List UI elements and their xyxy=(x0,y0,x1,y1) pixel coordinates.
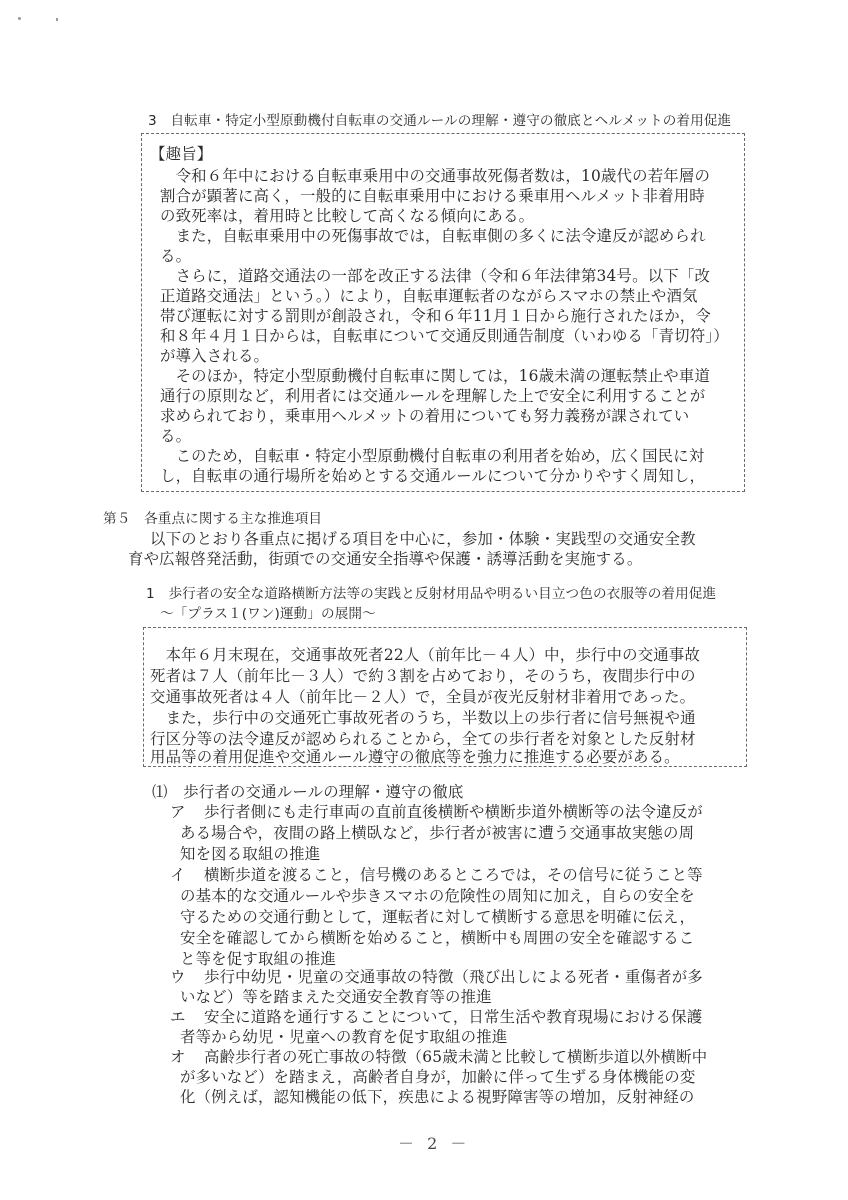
item-line: が多いなど）を踏まえ，高齢者自身が，加齢に伴って生ずる身体機能の変 xyxy=(180,1067,695,1088)
item-line: 歩行者側にも走行車両の直前直後横断や横断歩道外横断等の法令違反が xyxy=(204,802,703,823)
status-line: 用品等の着用促進や交通ルール遵守の徹底等を強力に推進する必要がある。 xyxy=(150,747,680,768)
item-line: 歩行中幼児・児童の交通事故の特徴（飛び出しによる死者・重傷者が多 xyxy=(204,967,703,988)
scan-speck xyxy=(56,18,58,21)
purpose-line: 正道路交通法」という。）により，自転車運転者のながらスマホの禁止や酒気 xyxy=(160,286,698,307)
purpose-line: る。 xyxy=(160,246,191,267)
item-line: 横断歩道を渡ること，信号機のあるところでは，その信号に従うこと等 xyxy=(204,865,703,886)
purpose-line: 求められており，乗車用ヘルメットの着用についても努力義務が課されてい xyxy=(160,406,689,427)
purpose-line: 通行の原則など，利用者には交通ルールを理解した上で安全に利用することが xyxy=(160,386,705,407)
item-line: 安全を確認してから横断を始めること，横断中も周囲の安全を確認するこ xyxy=(180,928,695,949)
item-line: ある場合や，夜間の路上横臥など，歩行者が被害に遭う交通事故実態の周 xyxy=(180,823,694,844)
purpose-line: 割合が顕著に高く，一般的に自転車乗用中における乗車用ヘルメット非着用時 xyxy=(160,186,705,207)
status-line: 死者は７人（前年比－３人）で約３割を占めており，そのうち，夜間歩行中の xyxy=(150,666,696,687)
subsection-1-heading: ⑴ 歩行者の交通ルールの理解・遵守の徹底 xyxy=(152,782,464,803)
purpose-line: そのほか，特定小型原動機付自転車に関しては，16歳未満の運転禁止や車道 xyxy=(160,366,710,387)
item-line: 者等から幼児・児童への教育を促す取組の推進 xyxy=(180,1027,507,1048)
page-number: － 2 － xyxy=(398,1131,470,1154)
purpose-line: また，自転車乗用中の死傷事故では，自転車側の多くに法令違反が認められ xyxy=(160,226,706,247)
item-line: 守るための交通行動として，運転者に対して横断する意思を明確に伝え， xyxy=(180,907,695,928)
purpose-line: 令和６年中における自転車乗用中の交通事故死傷者数は，10歳代の若年層の xyxy=(160,166,710,187)
purpose-line: の致死率は，着用時と比較して高くなる傾向にある。 xyxy=(160,206,534,227)
item-line: 高齢歩行者の死亡事故の特徴（65歳未満と比較して横断歩道以外横断中 xyxy=(204,1047,707,1068)
item-line: 安全に道路を通行することについて，日常生活や教育現場における保護 xyxy=(204,1007,702,1028)
item-marker: イ xyxy=(170,865,186,886)
item-line: の基本的な交通ルールや歩きスマホの危険性の周知に加え，自らの安全を xyxy=(180,886,695,907)
purpose-line: が導入される。 xyxy=(160,346,269,367)
status-line: 交通事故死者は４人（前年比－２人）で，全員が夜光反射材非着用であった。 xyxy=(150,687,695,708)
chapter-5-heading: 第５ 各重点に関する主な推進項目 xyxy=(103,509,322,530)
item-marker: ア xyxy=(170,802,186,823)
scan-speck xyxy=(18,17,21,20)
document-page: 3 自転車・特定小型原動機付自転車の交通ルールの理解・遵守の徹底とヘルメットの着… xyxy=(0,0,848,1200)
item-1-heading: 1 歩行者の安全な道路横断方法等の実践と反射材用品や明るい目立つ色の衣服等の着用… xyxy=(146,584,716,605)
chapter-5-intro: 育や広報啓発活動，街頭での交通安全指導や保護・誘導活動を実施する。 xyxy=(128,549,643,570)
chapter-5-intro: 以下のとおり各重点に掲げる項目を中心に，参加・体験・実践型の交通安全教 xyxy=(150,529,696,550)
section-3-heading: 3 自転車・特定小型原動機付自転車の交通ルールの理解・遵守の徹底とヘルメットの着… xyxy=(148,111,731,132)
item-marker: オ xyxy=(170,1047,186,1068)
purpose-label: 【趣旨】 xyxy=(150,144,212,165)
status-line: 本年６月末現在，交通事故死者22人（前年比－４人）中，歩行中の交通事故 xyxy=(150,645,700,666)
purpose-line: 和８年４月１日からは，自転車について交通反則通告制度（いわゆる「青切符」） xyxy=(160,326,729,347)
item-marker: エ xyxy=(170,1007,186,1028)
purpose-line: 帯び運転に対する罰則が創設され，令和６年11月１日から施行されたほか，令 xyxy=(160,306,711,327)
purpose-line: このため，自転車・特定小型原動機付自転車の利用者を始め，広く国民に対 xyxy=(160,446,704,467)
status-line: また，歩行中の交通死亡事故死者のうち，半数以上の歩行者に信号無視や通 xyxy=(150,708,696,729)
purpose-line: る。 xyxy=(160,426,191,447)
item-marker: ウ xyxy=(170,967,186,988)
purpose-line: さらに，道路交通法の一部を改正する法律（令和６年法律第34号。以下「改 xyxy=(160,266,710,287)
item-1-subheading: ～「プラス１(ワン)運動」の展開～ xyxy=(160,604,376,625)
item-line: いなど）等を踏まえた交通安全教育等の推進 xyxy=(180,987,492,1008)
purpose-line: し，自転車の通行場所を始めとする交通ルールについて分かりやすく周知し， xyxy=(160,466,705,487)
item-line: 知を図る取組の推進 xyxy=(180,844,320,865)
item-line: 化（例えば，認知機能の低下，疾患による視野障害等の増加，反射神経の xyxy=(180,1087,695,1108)
